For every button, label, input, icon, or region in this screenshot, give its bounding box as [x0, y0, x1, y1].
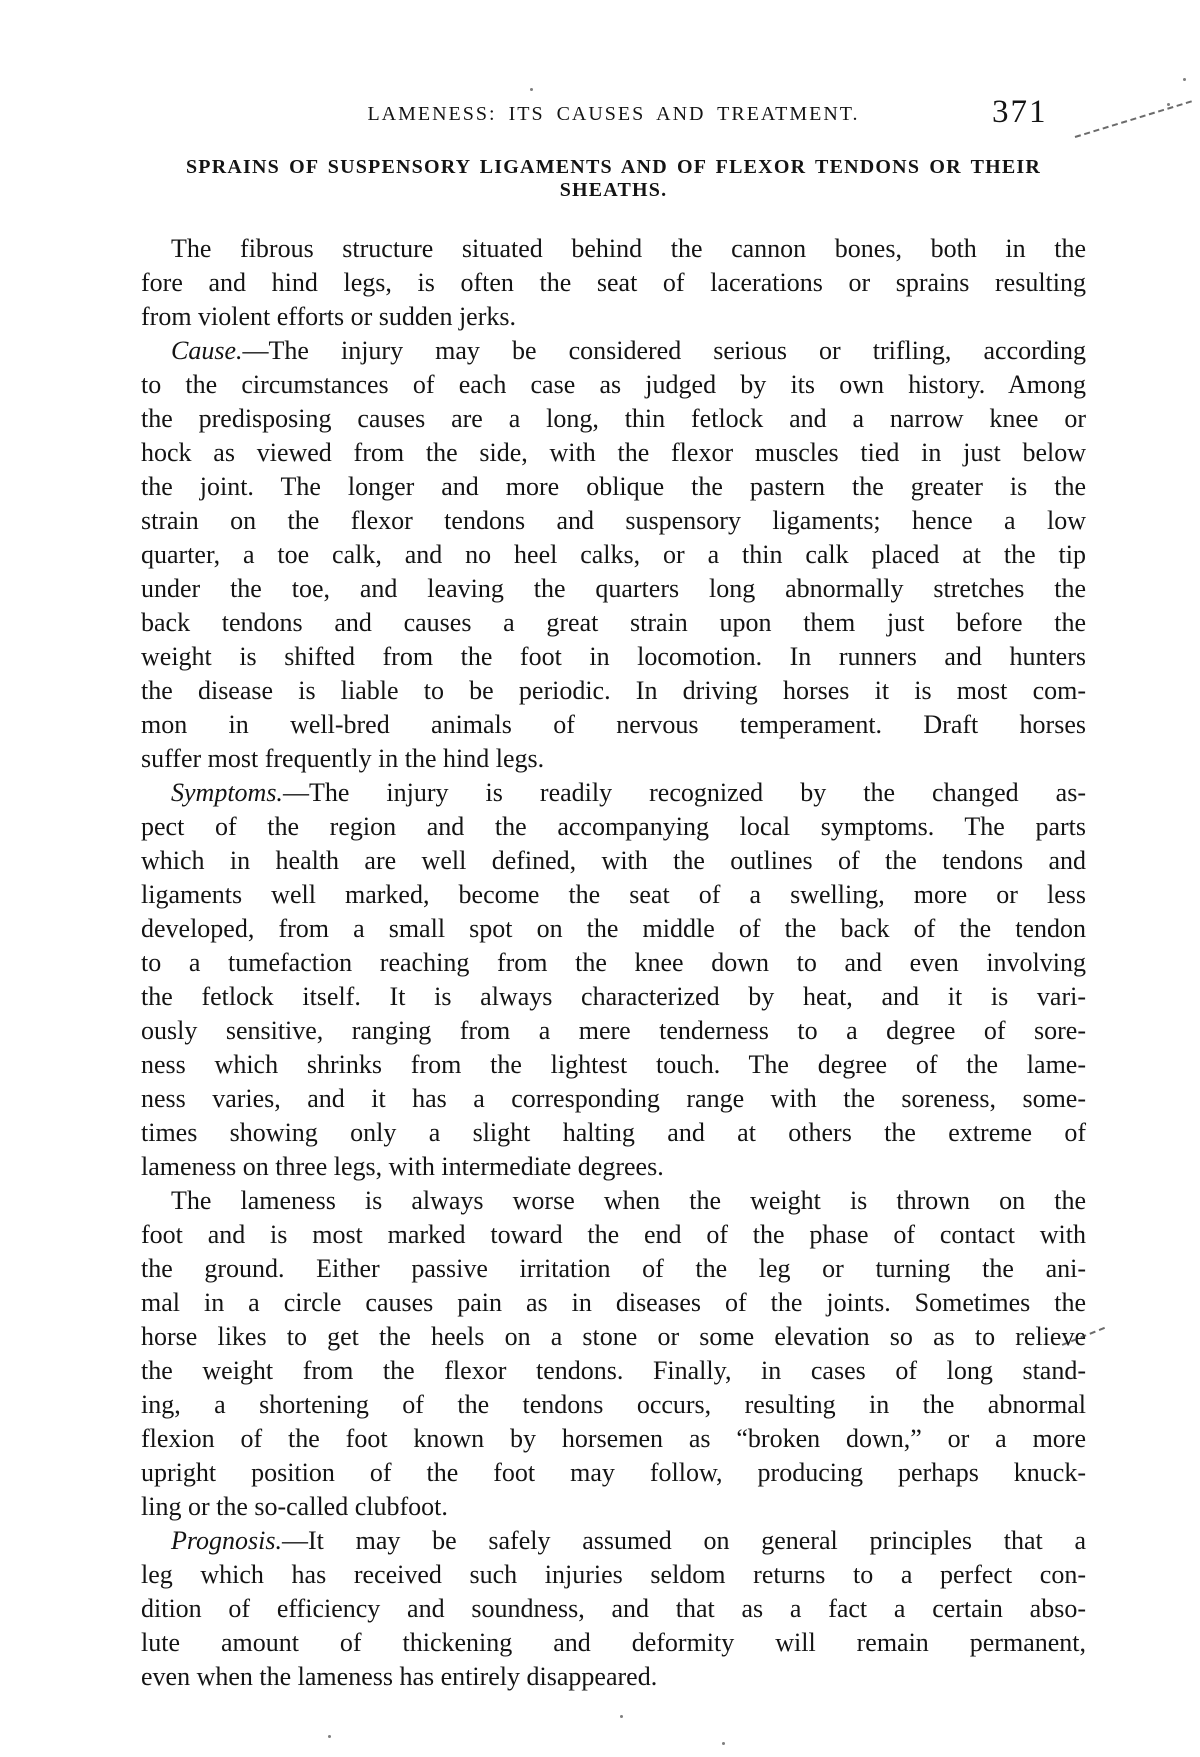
paragraph: The fibrous structure situated behind th…	[141, 232, 1086, 334]
text-segment: mal in a circle causes pain as in diseas…	[141, 1288, 1086, 1317]
text-segment: weight is shifted from the foot in locom…	[141, 642, 1086, 671]
text-line: which in health are well defined, with t…	[141, 844, 1086, 878]
text-line: to the circumstances of each case as jud…	[141, 368, 1086, 402]
italic-lead: Cause.	[171, 336, 243, 365]
text-line: flexion of the foot known by horsemen as…	[141, 1422, 1086, 1456]
text-segment: from violent efforts or sudden jerks.	[141, 302, 516, 331]
text-segment: lameness on three legs, with intermediat…	[141, 1152, 664, 1181]
text-segment: ling or the so-called clubfoot.	[141, 1492, 448, 1521]
text-line: dition of efficiency and soundness, and …	[141, 1592, 1086, 1626]
paragraph: Prognosis.—It may be safely assumed on g…	[141, 1524, 1086, 1694]
section-heading-line1: SPRAINS OF SUSPENSORY LIGAMENTS AND OF F…	[141, 156, 1086, 179]
text-segment: flexion of the foot known by horsemen as…	[141, 1424, 1086, 1453]
text-line: back tendons and causes a great strain u…	[141, 606, 1086, 640]
text-segment: back tendons and causes a great strain u…	[141, 608, 1086, 637]
section-heading-line2: SHEATHS.	[141, 179, 1086, 202]
text-segment: horse likes to get the heels on a stone …	[141, 1322, 1086, 1351]
text-line: even when the lameness has entirely disa…	[141, 1660, 1086, 1694]
text-segment: lute amount of thickening and deformity …	[141, 1628, 1086, 1657]
text-line: developed, from a small spot on the midd…	[141, 912, 1086, 946]
text-line: ness varies, and it has a corresponding …	[141, 1082, 1086, 1116]
scan-artifact-speck	[620, 1715, 623, 1718]
text-segment: suffer most frequently in the hind legs.	[141, 744, 544, 773]
text-line: weight is shifted from the foot in locom…	[141, 640, 1086, 674]
text-segment: The fibrous structure situated behind th…	[171, 234, 1086, 263]
text-line: Symptoms.—The injury is readily recogniz…	[141, 776, 1086, 810]
paragraph: The lameness is always worse when the we…	[141, 1184, 1086, 1524]
running-header: LAMENESS: ITS CAUSES AND TREATMENT.	[141, 103, 1086, 126]
scan-artifact-scratch	[1075, 100, 1192, 138]
text-segment: the predisposing causes are a long, thin…	[141, 404, 1086, 433]
text-line: the ground. Either passive irritation of…	[141, 1252, 1086, 1286]
text-segment: The lameness is always worse when the we…	[171, 1186, 1086, 1215]
book-page: LAMENESS: ITS CAUSES AND TREATMENT. 371 …	[0, 0, 1200, 1757]
text-segment: which in health are well defined, with t…	[141, 846, 1086, 875]
text-line: ing, a shortening of the tendons occurs,…	[141, 1388, 1086, 1422]
scan-artifact-speck	[328, 1735, 331, 1738]
scan-artifact-speck	[1183, 78, 1186, 81]
section-heading: SPRAINS OF SUSPENSORY LIGAMENTS AND OF F…	[141, 156, 1086, 202]
text-segment: to a tumefaction reaching from the knee …	[141, 948, 1086, 977]
text-line: pect of the region and the accompanying …	[141, 810, 1086, 844]
text-segment: —The injury is readily recognized by the…	[283, 778, 1086, 807]
text-line: quarter, a toe calk, and no heel calks, …	[141, 538, 1086, 572]
paragraph: Cause.—The injury may be considered seri…	[141, 334, 1086, 776]
text-segment: leg which has received such injuries sel…	[141, 1560, 1086, 1589]
text-segment: fore and hind legs, is often the seat of…	[141, 268, 1086, 297]
text-segment: quarter, a toe calk, and no heel calks, …	[141, 540, 1086, 569]
text-segment: ness which shrinks from the lightest tou…	[141, 1050, 1086, 1079]
text-line: The lameness is always worse when the we…	[141, 1184, 1086, 1218]
text-line: from violent efforts or sudden jerks.	[141, 300, 1086, 334]
text-line: Cause.—The injury may be considered seri…	[141, 334, 1086, 368]
text-segment: the joint. The longer and more oblique t…	[141, 472, 1086, 501]
text-segment: foot and is most marked toward the end o…	[141, 1220, 1086, 1249]
text-line: ously sensitive, ranging from a mere ten…	[141, 1014, 1086, 1048]
text-line: the predisposing causes are a long, thin…	[141, 402, 1086, 436]
text-line: lute amount of thickening and deformity …	[141, 1626, 1086, 1660]
text-segment: developed, from a small spot on the midd…	[141, 914, 1086, 943]
scan-artifact-speck	[1167, 103, 1170, 106]
text-line: the disease is liable to be periodic. In…	[141, 674, 1086, 708]
text-line: the joint. The longer and more oblique t…	[141, 470, 1086, 504]
italic-lead: Prognosis.	[171, 1526, 282, 1555]
text-segment: the fetlock itself. It is always charact…	[141, 982, 1086, 1011]
text-line: fore and hind legs, is often the seat of…	[141, 266, 1086, 300]
scan-artifact-speck	[722, 1742, 725, 1745]
text-segment: hock as viewed from the side, with the f…	[141, 438, 1086, 467]
text-line: mal in a circle causes pain as in diseas…	[141, 1286, 1086, 1320]
scan-artifact-speck	[530, 88, 533, 91]
text-line: ling or the so-called clubfoot.	[141, 1490, 1086, 1524]
text-line: lameness on three legs, with intermediat…	[141, 1150, 1086, 1184]
text-line: leg which has received such injuries sel…	[141, 1558, 1086, 1592]
text-segment: ing, a shortening of the tendons occurs,…	[141, 1390, 1086, 1419]
text-line: The fibrous structure situated behind th…	[141, 232, 1086, 266]
text-line: ness which shrinks from the lightest tou…	[141, 1048, 1086, 1082]
running-header-title: LAMENESS: ITS CAUSES AND TREATMENT.	[367, 103, 859, 125]
text-line: Prognosis.—It may be safely assumed on g…	[141, 1524, 1086, 1558]
text-segment: even when the lameness has entirely disa…	[141, 1662, 657, 1691]
text-line: mon in well-bred animals of nervous temp…	[141, 708, 1086, 742]
text-segment: mon in well-bred animals of nervous temp…	[141, 710, 1086, 739]
text-line: the fetlock itself. It is always charact…	[141, 980, 1086, 1014]
text-segment: times showing only a slight halting and …	[141, 1118, 1086, 1147]
text-line: ligaments well marked, become the seat o…	[141, 878, 1086, 912]
text-line: upright position of the foot may follow,…	[141, 1456, 1086, 1490]
page-number: 371	[992, 94, 1048, 131]
italic-lead: Symptoms.	[171, 778, 283, 807]
text-line: times showing only a slight halting and …	[141, 1116, 1086, 1150]
text-segment: upright position of the foot may follow,…	[141, 1458, 1086, 1487]
text-line: hock as viewed from the side, with the f…	[141, 436, 1086, 470]
text-segment: the ground. Either passive irritation of…	[141, 1254, 1086, 1283]
text-line: foot and is most marked toward the end o…	[141, 1218, 1086, 1252]
text-segment: the weight from the flexor tendons. Fina…	[141, 1356, 1086, 1385]
text-segment: —The injury may be considered serious or…	[243, 336, 1087, 365]
text-line: horse likes to get the heels on a stone …	[141, 1320, 1086, 1354]
text-segment: under the toe, and leaving the quarters …	[141, 574, 1086, 603]
text-segment: to the circumstances of each case as jud…	[141, 370, 1086, 399]
text-line: the weight from the flexor tendons. Fina…	[141, 1354, 1086, 1388]
text-line: suffer most frequently in the hind legs.	[141, 742, 1086, 776]
text-segment: —It may be safely assumed on general pri…	[282, 1526, 1086, 1555]
text-line: strain on the flexor tendons and suspens…	[141, 504, 1086, 538]
text-segment: dition of efficiency and soundness, and …	[141, 1594, 1086, 1623]
page-body: The fibrous structure situated behind th…	[141, 232, 1086, 1694]
text-segment: strain on the flexor tendons and suspens…	[141, 506, 1086, 535]
paragraph: Symptoms.—The injury is readily recogniz…	[141, 776, 1086, 1184]
text-segment: ously sensitive, ranging from a mere ten…	[141, 1016, 1086, 1045]
text-segment: pect of the region and the accompanying …	[141, 812, 1086, 841]
text-segment: ness varies, and it has a corresponding …	[141, 1084, 1086, 1113]
text-segment: ligaments well marked, become the seat o…	[141, 880, 1086, 909]
text-line: to a tumefaction reaching from the knee …	[141, 946, 1086, 980]
text-line: under the toe, and leaving the quarters …	[141, 572, 1086, 606]
text-segment: the disease is liable to be periodic. In…	[141, 676, 1086, 705]
